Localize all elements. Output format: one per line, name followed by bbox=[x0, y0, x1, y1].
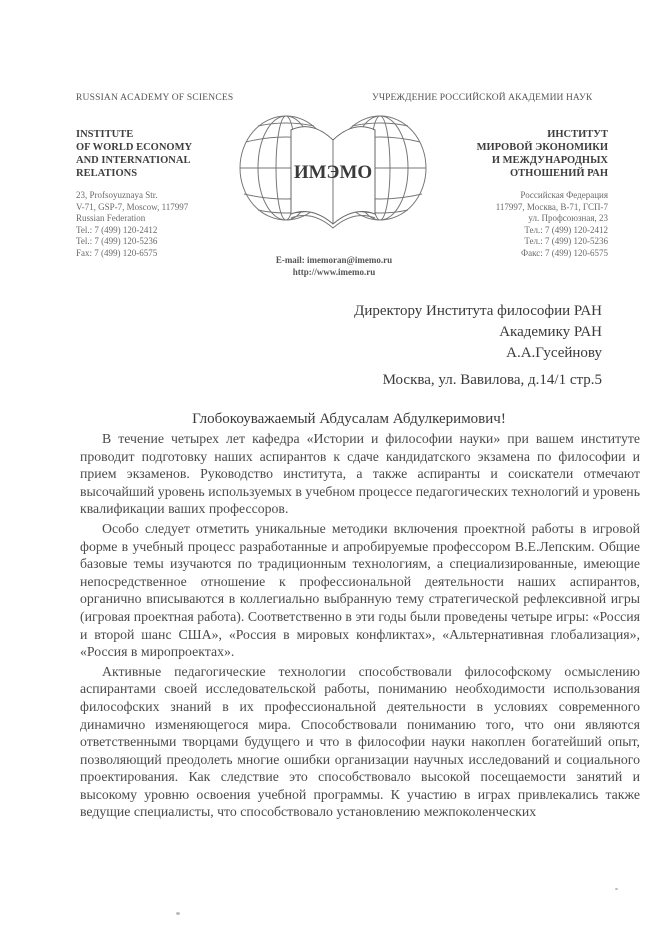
academy-name-ru: УЧРЕЖДЕНИЕ РОССИЙСКОЙ АКАДЕМИИ НАУК bbox=[372, 93, 592, 103]
svg-text:ИМЭМО: ИМЭМО bbox=[294, 162, 372, 183]
email-link[interactable]: E-mail: imemoran@imemo.ru bbox=[234, 255, 434, 267]
recipient-block: Директору Института философии РАН Академ… bbox=[354, 301, 602, 364]
imemo-logo: ИМЭМО bbox=[236, 110, 430, 230]
contact-block: E-mail: imemoran@imemo.ru http://www.ime… bbox=[234, 255, 434, 278]
website-link[interactable]: http://www.imemo.ru bbox=[234, 267, 434, 279]
scan-speck bbox=[176, 912, 180, 915]
institute-name-en: INSTITUTE OF WORLD ECONOMY AND INTERNATI… bbox=[76, 128, 192, 180]
paragraph: В течение четырех лет кафедра «Истории и… bbox=[80, 430, 640, 518]
paragraph: Активные педагогические технологии спосо… bbox=[80, 663, 640, 821]
academy-name-en: RUSSIAN ACADEMY OF SCIENCES bbox=[76, 93, 233, 103]
scan-speck bbox=[615, 888, 618, 890]
institute-name-ru: ИНСТИТУТ МИРОВОЙ ЭКОНОМИКИ И МЕЖДУНАРОДН… bbox=[477, 128, 608, 180]
recipient-address: Москва, ул. Вавилова, д.14/1 стр.5 bbox=[383, 372, 602, 389]
address-ru: Российская Федерация 117997, Москва, В-7… bbox=[496, 190, 608, 260]
salutation: Глобокоуважаемый Абдусалам Абдулкеримови… bbox=[0, 411, 668, 428]
globe-book-icon: ИМЭМО bbox=[236, 110, 430, 230]
paragraph: Особо следует отметить уникальные методи… bbox=[80, 520, 640, 661]
address-en: 23, Profsoyuznaya Str. V-71, GSP-7, Mosc… bbox=[76, 190, 188, 260]
letter-body: В течение четырех лет кафедра «Истории и… bbox=[80, 430, 640, 821]
